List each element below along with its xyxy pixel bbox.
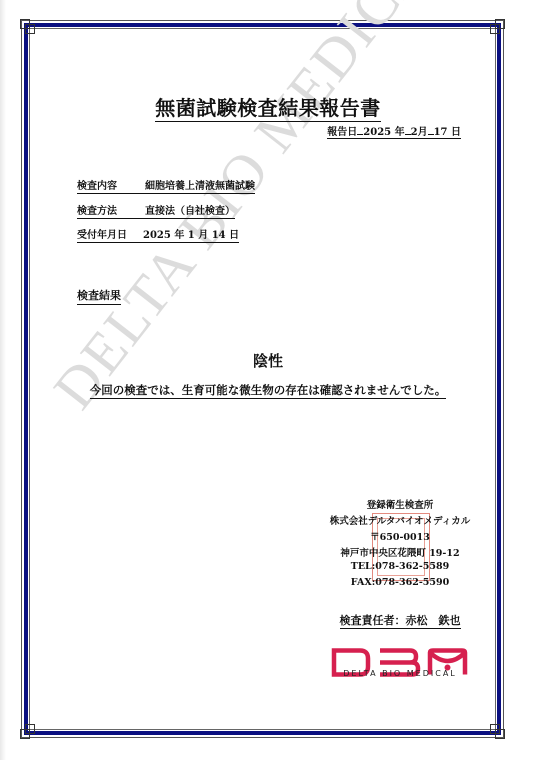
info-label: 受付年月日 xyxy=(77,226,143,241)
report-date: 報告日2025 年2月17 日 xyxy=(327,123,461,138)
issuer-registration: 登録衛生検査所 xyxy=(300,497,500,511)
frame-corner-ornament xyxy=(490,724,500,734)
info-label: 検査方法 xyxy=(77,202,145,217)
report-date-text: 報告日2025 年2月17 日 xyxy=(327,127,461,139)
report-day-unit: 日 xyxy=(451,127,461,139)
report-month: 2 xyxy=(411,127,418,139)
frame-corner-ornament xyxy=(490,24,500,34)
dbm-logo-icon xyxy=(330,640,470,685)
frame-corner-ornament xyxy=(25,724,35,734)
document-title-text: 無菌試験検査結果報告書 xyxy=(155,96,381,122)
issuer-company: 株式会社デルタバイオメディカル xyxy=(300,513,500,527)
result-section-label: 検査結果 xyxy=(77,287,121,305)
info-value: 直接法（自社検査） xyxy=(145,202,235,217)
report-year: 2025 xyxy=(363,127,391,139)
info-row-test-method: 検査方法直接法（自社検査） xyxy=(77,202,235,219)
report-year-unit: 年 xyxy=(395,127,405,139)
issuer-address: 神戸市中央区花隈町 19-12 xyxy=(300,545,500,559)
document-title: 無菌試験検査結果報告書 xyxy=(0,92,536,121)
info-label: 検査内容 xyxy=(77,177,145,192)
issuer-tel: TEL:078-362-5589 xyxy=(300,561,500,572)
frame-corner-ornament xyxy=(25,24,35,34)
report-month-unit: 月 xyxy=(418,127,428,139)
report-date-label: 報告日 xyxy=(327,127,357,139)
test-result: 陰性 xyxy=(0,350,536,371)
logo-wordmark: DELTA BIO MEDICAL xyxy=(330,669,470,678)
info-value: 細胞培養上清液無菌試験 xyxy=(145,177,255,192)
report-day: 17 xyxy=(434,127,448,139)
inspector: 検査責任者：赤松 鉄也 xyxy=(300,612,500,628)
result-message-text: 今回の検査では、生育可能な微生物の存在は確認されませんでした。 xyxy=(90,383,447,399)
info-value: 2025 年 1 月 14 日 xyxy=(143,226,239,241)
issuer-fax: FAX:078-362-5590 xyxy=(300,577,500,588)
issuer-postal: 〒650-0013 xyxy=(300,529,500,543)
info-row-test-content: 検査内容細胞培養上清液無菌試験 xyxy=(77,177,255,194)
inspector-text: 検査責任者：赤松 鉄也 xyxy=(340,614,461,629)
info-row-received-date: 受付年月日2025 年 1 月 14 日 xyxy=(77,226,239,243)
result-message: 今回の検査では、生育可能な微生物の存在は確認されませんでした。 xyxy=(0,382,536,398)
